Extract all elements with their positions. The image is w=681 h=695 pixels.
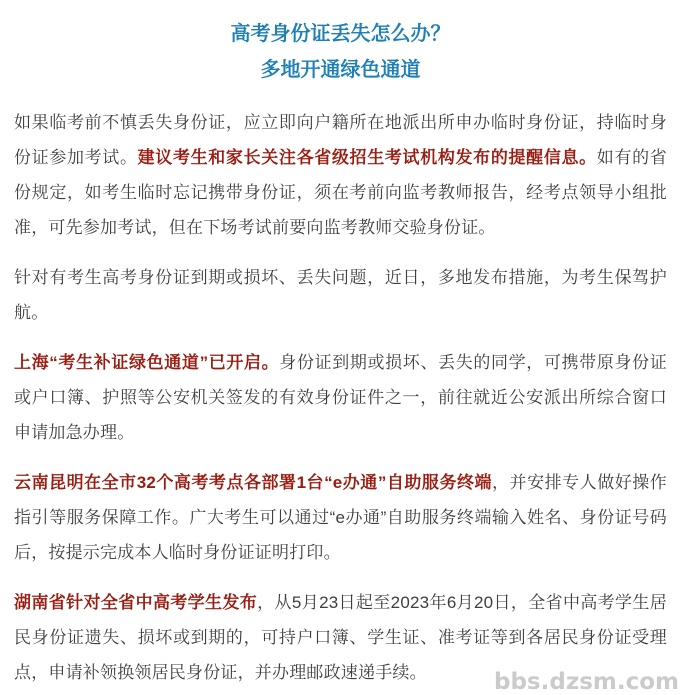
paragraph: 针对有考生高考身份证到期或损坏、丢失问题，近日，多地发布措施，为考生保驾护航。 <box>14 260 667 330</box>
body-text: 针对有考生高考身份证到期或损坏、丢失问题，近日，多地发布措施，为考生保驾护航。 <box>14 268 667 322</box>
emphasis-text: 建议考生和家长关注各省级招生考试机构发布的提醒信息。 <box>138 148 597 167</box>
emphasis-text: 云南昆明在全市32个高考考点各部署1台“e办通”自助服务终端 <box>14 473 492 492</box>
article-title-line1: 高考身份证丢失怎么办？ <box>14 16 667 52</box>
emphasis-text: 湖南省针对全省中高考学生发布 <box>14 593 257 612</box>
article-body: 如果临考前不慎丢失身份证，应立即向户籍所在地派出所申办临时身份证，持临时身份证参… <box>14 105 667 690</box>
paragraph: 如果临考前不慎丢失身份证，应立即向户籍所在地派出所申办临时身份证，持临时身份证参… <box>14 105 667 245</box>
paragraph: 云南昆明在全市32个高考考点各部署1台“e办通”自助服务终端，并安排专人做好操作… <box>14 465 667 570</box>
site-watermark: bbs.dzsm.com <box>494 669 679 695</box>
article-title-line2: 多地开通绿色通道 <box>14 52 667 88</box>
article-title: 高考身份证丢失怎么办？ 多地开通绿色通道 <box>14 16 667 88</box>
paragraph: 上海“考生补证绿色通道”已开启。身份证到期或损坏、丢失的同学，可携带原身份证或户… <box>14 345 667 450</box>
article-page: 高考身份证丢失怎么办？ 多地开通绿色通道 如果临考前不慎丢失身份证，应立即向户籍… <box>0 0 681 695</box>
emphasis-text: 上海“考生补证绿色通道”已开启。 <box>14 353 279 372</box>
